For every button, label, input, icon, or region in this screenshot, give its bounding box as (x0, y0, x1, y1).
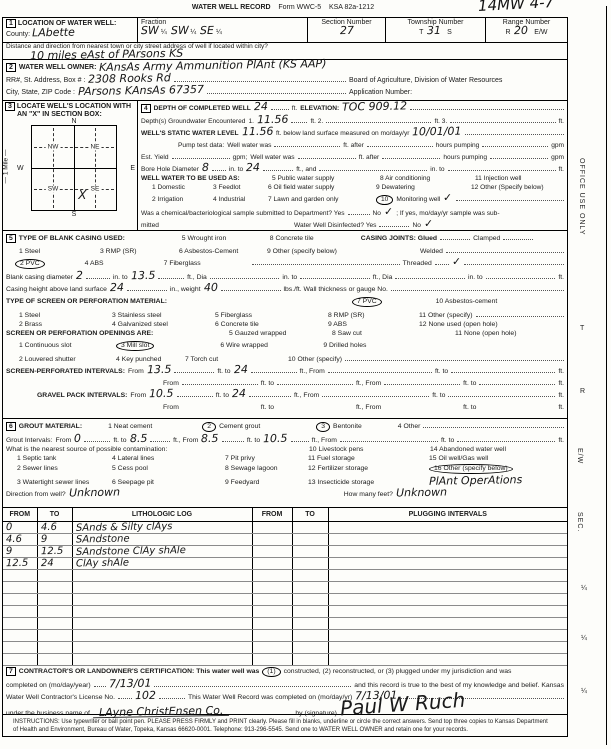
instructions-block: INSTRUCTIONS: Use typewriter or ball poi… (3, 715, 567, 736)
screen-material-title: TYPE OF SCREEN OR PERFORATION MATERIAL: (6, 298, 246, 305)
litho-row: 9 12.5 SAndstone ClAy shAle (3, 545, 567, 557)
ft-label: ft. (558, 380, 564, 387)
grout-title: GROUT MATERIAL: (19, 423, 82, 430)
dotted-leader (367, 139, 433, 147)
groundwater-1: 1. (248, 118, 254, 125)
litho-to: 24 (40, 558, 53, 567)
well-water-was: Well water was (227, 142, 271, 149)
ft-from-label: ft., From (294, 392, 319, 399)
dotted-leader (446, 245, 564, 253)
elevation-value: TOC 909.12 (342, 101, 407, 111)
use-option-10-circled: 10 (376, 195, 393, 205)
grout-option-3-circled: 3 (316, 422, 330, 432)
contam-option-2: 2 Sewer lines (17, 465, 109, 472)
static-level-tail: ft. below land surface measured on mo/da… (276, 130, 409, 137)
section-4-depth: 4 DEPTH OF COMPLETED WELL 24 ft. ELEVATI… (138, 101, 567, 230)
contam-other-value: PlAnt OperAtions (429, 475, 522, 486)
screen-option-7-circled: 7 PVC (352, 297, 382, 307)
township-cell: Township Number T 31 S (386, 18, 486, 42)
dotted-leader (207, 86, 346, 94)
ft-after: ft. after (343, 142, 364, 149)
dotted-leader (150, 434, 170, 442)
section-4-number: 4 (141, 104, 151, 113)
casing-option-9: 9 Other (specify below) (267, 248, 417, 255)
ft-label: ft. (559, 118, 565, 125)
screen-interval-from: 13.5 (147, 365, 172, 374)
grout-interval2-to: 10.5 (263, 434, 288, 443)
section-2-number: 2 (6, 63, 16, 72)
spacer (48, 257, 82, 265)
dotted-leader (174, 365, 214, 373)
grout-interval2-from: 8.5 (201, 434, 219, 443)
grout-option-2-circled: 2 (202, 422, 216, 432)
screen-option-3: 3 Stainless steel (112, 312, 212, 319)
groundwater-1-value: 11.56 (257, 115, 289, 125)
county-label: County: (6, 31, 30, 38)
screen-option-10: 10 Asbestos-cement (436, 298, 498, 305)
dotted-leader (298, 151, 356, 159)
grout-interval1-from: 0 (74, 434, 81, 443)
litho-row-empty (3, 569, 567, 581)
sample-no-checkmark: ✓ (384, 207, 393, 216)
litho-description: SAndstone ClAy shAle (75, 546, 185, 557)
license-value: 102 (135, 691, 156, 700)
dotted-leader (457, 434, 555, 442)
dotted-leader (328, 365, 432, 373)
opening-option-1: 1 Continuous slot (19, 342, 113, 349)
contamination-question: What is the nearest source of possible c… (6, 446, 306, 453)
county-value: LAbette (32, 28, 75, 38)
est-yield-label: Est. Yield (141, 154, 169, 161)
grout-interval1-to: 8.5 (129, 434, 147, 443)
ft-label: ft. (558, 274, 564, 281)
section-3-4-row: 3 LOCATE WELL'S LOCATION WITH AN "X" IN … (3, 101, 567, 231)
static-level-date: 10/01/01 (412, 127, 462, 137)
casing-option-7: 7 Fiberglass (164, 260, 249, 267)
opening-option-2: 2 Louvered shutter (19, 356, 113, 363)
litho-row-empty (3, 581, 567, 593)
section-3-locate: 3 LOCATE WELL'S LOCATION WITH AN "X" IN … (3, 101, 138, 230)
section-box-diagram: NW NE SW SE X (31, 125, 117, 211)
depth-completed-value: 24 (254, 102, 268, 111)
ft-dia-label: ft., Dia (373, 274, 393, 281)
grout-option-2-label: Cement grout (219, 423, 260, 430)
casing-joints-label: CASING JOINTS: Glued (361, 235, 437, 242)
form-title: WATER WELL RECORD (192, 4, 271, 11)
use-option-11: 11 Injection well (475, 175, 521, 182)
wall-thickness-label: lbs./ft. Wall thickness or gauge No. (284, 286, 388, 293)
section-1-location: 1 LOCATION OF WATER WELL: County: LAbett… (3, 18, 567, 60)
section-3-number: 3 (5, 102, 15, 111)
litho-row-empty (3, 617, 567, 629)
disinfected-no-checkmark: ✓ (424, 219, 433, 228)
dotted-leader (210, 271, 280, 279)
ft-dia-label: ft., Dia (187, 274, 207, 281)
gpm-label: gpm (551, 142, 564, 149)
sample-tail: ; If yes, mo/day/yr sample was sub- (396, 210, 499, 217)
casing-height-label: Casing height above land surface (6, 286, 107, 293)
city-label: City, State, ZIP Code : (6, 89, 75, 96)
grout-option-1: 1 Neat cement (108, 423, 152, 430)
dotted-leader (174, 74, 346, 82)
ft-from-label: ft., From (356, 404, 381, 411)
dotted-leader (159, 691, 185, 699)
contractor-signature: Paul W Ruch (340, 695, 466, 714)
dotted-leader (86, 271, 110, 279)
contam-option-7: 7 Pit privy (225, 455, 305, 462)
direction-from-well-value: Unknown (69, 488, 120, 498)
dotted-leader (440, 232, 470, 240)
from-label: From (128, 368, 144, 375)
quadrant-sw: SW (46, 186, 60, 193)
threaded-checkmark: ✓ (452, 257, 461, 266)
dotted-leader (263, 163, 293, 171)
use-option-3: 3 Feedlot (213, 184, 265, 191)
dotted-leader (435, 257, 449, 265)
litho-row-empty (3, 641, 567, 653)
section-7-certification: 7 CONTRACTOR'S OR LANDOWNER'S CERTIFICAT… (3, 666, 567, 715)
ft-to-label: ft. to (463, 380, 476, 387)
dotted-leader (490, 151, 548, 159)
contam-option-16-circled: 16 Other (specify below) (429, 464, 513, 474)
litho-from: 12.5 (6, 558, 28, 567)
quarter-symbol: ¼ (190, 29, 196, 36)
spacer (479, 401, 555, 409)
form-number: Form WWC-5 (278, 4, 321, 11)
ft-label: ft. (558, 437, 564, 444)
dotted-leader (291, 115, 307, 123)
section-box-hline (32, 168, 116, 169)
dotted-leader (127, 283, 167, 291)
casing-depth-value: 13.5 (131, 271, 156, 280)
office-use-only-label: OFFICE USE ONLY (578, 158, 585, 236)
screen-option-9: 9 ABS (328, 321, 416, 328)
certification-label: CONTRACTOR'S OR LANDOWNER'S CERTIFICATIO… (19, 668, 260, 675)
range-ew: E/W (534, 29, 547, 36)
opening-option-7: 7 Torch cut (185, 356, 285, 363)
litho-row-empty (3, 593, 567, 605)
litho-header-from: FROM (3, 508, 37, 521)
board-of-agriculture-text: Board of Agriculture, Division of Water … (349, 77, 564, 84)
casing-option-6: 6 Asbestos-Cement (179, 248, 264, 255)
margin-sec-label: SEC. (576, 512, 583, 532)
bore-diameter-value: 8 (202, 163, 209, 172)
spacer (277, 401, 353, 409)
dotted-leader (252, 257, 400, 265)
range-prefix: R (505, 29, 510, 36)
fraction-3: SE (200, 26, 214, 35)
spacer (385, 295, 433, 303)
screen-option-11: 11 Other (specify) (419, 312, 473, 319)
county-cell: 1 LOCATION OF WATER WELL: County: LAbett… (3, 18, 138, 42)
dotted-leader (423, 420, 564, 428)
from-label: From (130, 392, 146, 399)
use-option-6: 6 Oil field water supply (268, 184, 373, 191)
casing-option-3: 3 RMP (SR) (100, 248, 176, 255)
plug-header-to: TO (292, 508, 328, 521)
welded-label: Welded (420, 248, 443, 255)
gpm-label: gpm (551, 154, 564, 161)
sample-question: Was a chemical/bacteriological sample su… (141, 210, 345, 217)
ft-label: ft. (559, 166, 565, 173)
dotted-leader (222, 434, 244, 442)
dotted-leader (348, 207, 370, 215)
disinfected-no-label: No (412, 222, 420, 229)
section-6-grout: 6 GROUT MATERIAL: 1 Neat cement 2 Cement… (3, 419, 567, 508)
grout-option-3-label: Bentonite (333, 423, 362, 430)
plug-header-from: FROM (252, 508, 292, 521)
ft-to-label: ft. to (247, 437, 260, 444)
depth-completed-label: DEPTH OF COMPLETED WELL (154, 105, 251, 112)
dotted-leader (379, 219, 409, 227)
contam-option-9: 9 Feedyard (225, 479, 305, 486)
contam-option-1: 1 Septic tank (17, 455, 109, 462)
blank-casing-diameter-label: Blank casing diameter (6, 274, 73, 281)
openings-title: SCREEN OR PERFORATION OPENINGS ARE: (6, 330, 226, 337)
screen-option-5: 5 Fiberglass (215, 312, 325, 319)
township-value: 31 (427, 26, 441, 35)
section-1-number: 1 (6, 19, 16, 28)
ft-to-label: ft. to (441, 437, 454, 444)
groundwater-label: Depth(s) Groundwater Encountered (141, 118, 245, 125)
casing-option-4: 4 ABS (85, 260, 161, 267)
dotted-leader (172, 151, 230, 159)
dotted-leader (182, 377, 258, 385)
screen-intervals-label: SCREEN-PERFORATED INTERVALS: (6, 368, 125, 375)
litho-description: SAnds & Silty clAys (75, 522, 172, 533)
dotted-leader (322, 389, 429, 397)
record-completed-label: This Water Well Record was completed on … (188, 694, 352, 701)
ft-from-label: ft., From (300, 368, 325, 375)
from-label: From (163, 404, 179, 411)
dotted-leader (326, 115, 431, 123)
form-body: 1 LOCATION OF WATER WELL: County: LAbett… (2, 17, 568, 737)
use-option-5: 5 Public water supply (272, 175, 377, 182)
contam-option-8: 8 Sewage lagoon (225, 465, 305, 472)
spacer (232, 707, 292, 715)
in-to-label: in. to (282, 274, 297, 281)
quarter-symbol: ¼ (161, 29, 167, 36)
application-number-label: Application Number: (349, 89, 564, 96)
grout-option-4: 4 Other (398, 423, 421, 430)
bore-depth-value: 24 (246, 163, 260, 172)
spacer (123, 488, 341, 496)
compass-w: W (17, 165, 24, 172)
instructions-line2: of Health and Environment, Bureau of Wat… (13, 726, 557, 734)
screen-option-4: 4 Galvanized steel (112, 321, 212, 328)
section-6-number: 6 (6, 422, 16, 431)
opening-option-4: 4 Key punched (116, 356, 182, 363)
contam-option-3: 3 Watertight sewer lines (17, 479, 109, 486)
bore-hole-label: Bore Hole Diameter (141, 166, 199, 173)
ft-label: ft. (558, 392, 564, 399)
ft-label: ft. (558, 404, 564, 411)
dotted-leader (177, 389, 213, 397)
compass-e: E (130, 165, 135, 172)
litho-row: 0 4.6 SAnds & Silty clAys (3, 521, 567, 533)
elevation-label: ELEVATION: (300, 105, 339, 112)
margin-quarter-2: ¼ (581, 635, 587, 642)
contam-option-13: 13 Insecticide storage (308, 479, 426, 486)
ft-to-label: ft. to (261, 404, 274, 411)
litho-description: ClAy shAle (75, 558, 128, 568)
screen-option-6: 6 Concrete tile (215, 321, 325, 328)
contam-option-10: 10 Livestock pens (309, 446, 427, 453)
litho-from: 9 (6, 546, 13, 555)
casing-option-1: 1 Steel (19, 248, 97, 255)
dotted-leader (300, 271, 370, 279)
static-level-value: 11.56 (241, 127, 273, 137)
ft-from-label: ft., From (356, 380, 381, 387)
dotted-leader (84, 434, 110, 442)
ft-from-label: ft., From (312, 437, 337, 444)
litho-row-empty (3, 629, 567, 641)
address-value: 2308 Rooks Rd (88, 73, 171, 83)
litho-row-empty (3, 605, 567, 617)
dotted-leader (464, 257, 564, 265)
in-to-label: in. to (468, 274, 483, 281)
section-2-owner: 2 WATER WELL OWNER: KAnsAs Army Ammuniti… (3, 60, 567, 101)
dashed-line (95, 128, 96, 208)
dotted-leader (486, 271, 556, 279)
litho-row: 4.6 9 SAndstone (3, 533, 567, 545)
distance-value: 10 miles eAst of PArsons KS (30, 49, 183, 61)
range-value: 20 (514, 26, 528, 35)
dotted-leader (274, 139, 340, 147)
owner-label: WATER WELL OWNER: (19, 64, 97, 71)
litho-to: 9 (40, 534, 47, 543)
plug-header-intervals: PLUGGING INTERVALS (328, 508, 567, 521)
dotted-leader (221, 283, 281, 291)
dotted-leader (450, 115, 555, 123)
how-many-feet-value: Unknown (396, 488, 447, 498)
spacer (384, 401, 460, 409)
litho-to: 12.5 (40, 546, 62, 555)
screen-option-12: 12 None used (open hole) (419, 321, 498, 328)
screen-option-8: 8 RMP (SR) (328, 312, 416, 319)
certification-text-1b: constructed, (2) reconstructed, or (3) p… (284, 668, 512, 675)
casing-option-5: 5 Wrought iron (182, 235, 267, 242)
dotted-leader (319, 163, 427, 171)
margin-t-label: T (580, 325, 584, 332)
ft-label: ft. (558, 368, 564, 375)
quadrant-se: SE (89, 186, 102, 193)
opening-option-9: 9 Drilled holes (323, 342, 366, 349)
township-suffix: S (447, 29, 452, 36)
dotted-leader (340, 434, 438, 442)
spacer (157, 339, 217, 347)
ft-to-label: ft. to (435, 368, 448, 375)
handwritten-well-id: 14MW 4-7 (478, 0, 555, 11)
litho-row-empty (3, 653, 567, 665)
dotted-leader (448, 389, 555, 397)
dotted-leader (212, 163, 226, 171)
dotted-leader (476, 309, 564, 317)
in-weight-label: in., weight (170, 286, 201, 293)
contam-option-12: 12 Fertilizer storage (308, 465, 426, 472)
business-name-label: under the business name of (6, 710, 90, 717)
mitted-label: mitted (141, 222, 291, 229)
compass-n: N (31, 118, 117, 125)
groundwater-2: ft. 2. (310, 118, 323, 125)
litho-header-to: TO (37, 508, 72, 521)
instructions-line1: INSTRUCTIONS: Use typewriter or ball poi… (13, 718, 557, 726)
constructed-circled: (1) (262, 667, 280, 677)
dotted-leader (448, 163, 556, 171)
dotted-leader (249, 389, 291, 397)
contam-option-14: 14 Abandoned water well (430, 446, 506, 453)
clamped-label: Clamped (473, 235, 500, 242)
quadrant-ne: NE (88, 144, 101, 151)
spacer (182, 401, 258, 409)
litho-to: 4.6 (40, 522, 56, 531)
ft-and-label: ft., and (296, 166, 316, 173)
dotted-leader (456, 193, 564, 201)
opening-option-3-circled: 3 Mill slot (116, 341, 154, 351)
dotted-leader (291, 434, 309, 442)
business-name-value: LAyne ChristEnsen Co. (93, 706, 230, 718)
ft-after: ft. after (359, 154, 380, 161)
opening-option-5: 5 Gauzed wrapped (229, 330, 329, 337)
ft-to-label: ft. to (432, 392, 445, 399)
use-option-1: 1 Domestic (152, 184, 210, 191)
water-well-record-form: WATER WELL RECORD Form WWC-5 KSA 82a-121… (0, 0, 611, 749)
outer-right-border (606, 6, 607, 745)
ft-label: ft. (292, 105, 298, 112)
gravel-interval-to: 24 (232, 389, 246, 398)
use-option-10-label: Monitoring well (396, 196, 440, 203)
casing-option-2-circled: 2 PVC (15, 259, 45, 269)
locate-title-line1: LOCATE WELL'S LOCATION WITH (17, 103, 131, 110)
gravel-pack-label: GRAVEL PACK INTERVALS: (37, 392, 127, 399)
litho-header-log: LITHOLOGIC LOG (72, 508, 252, 521)
grout-intervals-label: Grout Intervals: (6, 437, 52, 444)
dotted-leader (158, 271, 184, 279)
opening-option-10: 10 Other (specify) (288, 356, 342, 363)
section-number-value: 27 (339, 26, 353, 35)
ft-to-label: ft. to (216, 392, 229, 399)
dotted-leader (118, 691, 132, 699)
contam-option-15: 15 Oil well/Gas well (429, 455, 488, 462)
litho-from: 4.6 (6, 534, 22, 543)
ft-to-label: ft. to (217, 368, 230, 375)
margin-quarter-1: ¼ (581, 585, 587, 592)
compass-s: S (31, 211, 117, 218)
dotted-leader (391, 283, 564, 291)
use-option-9: 9 Dewatering (376, 184, 468, 191)
opening-option-11: 11 None (open hole) (455, 330, 516, 337)
use-label: WELL WATER TO BE USED AS: (141, 175, 269, 182)
address-label: RR#, St. Address, Box # : (6, 77, 85, 84)
dotted-leader (451, 365, 555, 373)
direction-from-well-label: Direction from well? (6, 491, 66, 498)
lithologic-log-section: FROM TO LITHOLOGIC LOG FROM TO PLUGGING … (3, 508, 567, 666)
use-option-2: 2 Irrigation (152, 196, 210, 203)
section-5-number: 5 (6, 234, 16, 243)
litho-description: SAndstone (75, 534, 129, 544)
one-mile-scale: — 1 Mile — (2, 150, 9, 184)
casing-title: TYPE OF BLANK CASING USED: (19, 235, 179, 242)
opening-option-8: 8 Saw cut (332, 330, 452, 337)
casing-weight-value: 40 (203, 283, 217, 292)
dotted-leader (382, 151, 440, 159)
litho-row: 12.5 24 ClAy shAle (3, 557, 567, 569)
from-label: From (55, 437, 71, 444)
by-signature-label: by (signature) (295, 710, 337, 717)
license-label: Water Well Contractor's License No. (6, 694, 115, 701)
pump-test-label: Pump test data: (178, 142, 224, 149)
gpm-semi: gpm; (233, 154, 248, 161)
